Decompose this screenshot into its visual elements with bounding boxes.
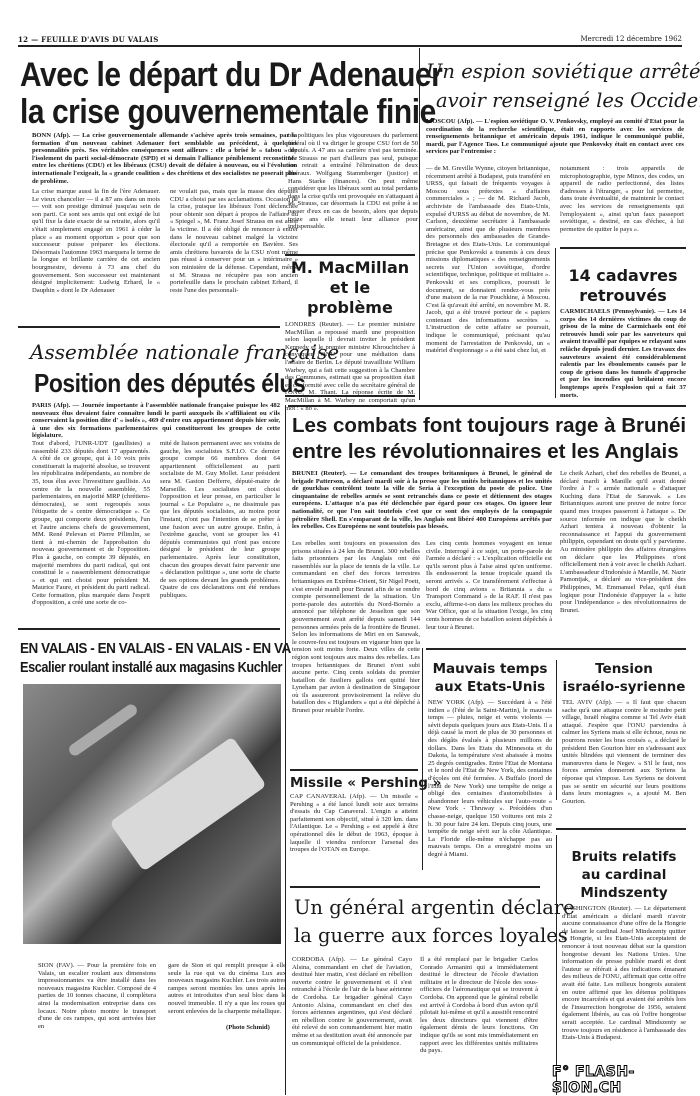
masthead-rule [18,45,682,47]
headline-macmillan: M. MacMillan et le problème [285,258,415,318]
column-brunei-1: Les rebelles sont toujours en possession… [292,540,420,726]
headline-cadavres-2: retrouvés [560,286,686,306]
watermark-flash-sion: F° FLASH-SION.CH [552,1064,700,1096]
article-cadavres: 14 cadavres retrouvés CARMICHAELS (Penns… [560,252,686,397]
article-tension: Tension israélo-syrienne TEL AVIV (Afp).… [562,660,686,830]
headline-mindszenty-1: Bruits relatifs [562,848,686,866]
column-adenauer-3: tés politiques les plus vigoureuses du p… [288,132,418,250]
rule-brunei [288,405,686,407]
article-valais: EN VALAIS - EN VALAIS - EN VALAIS - EN V… [18,630,284,1080]
masthead: 12 — FEUILLE D'AVIS DU VALAIS Mercredi 1… [18,32,682,46]
headline-macmillan-2: et le problème [285,278,415,318]
headline-tension: Tension israélo-syrienne [562,660,686,696]
rule-assemblee [18,326,280,328]
headline-adenauer-2: la crise gouvernementale finie [20,93,436,132]
column-adenauer-1: La crise marque aussi la fin de l'ère Ad… [32,188,160,316]
headline-mindszenty-2: au cardinal [562,866,686,884]
headline-brunei-1: Les combats font toujours rage à Brunéi [292,414,686,438]
lede-assemblee: PARIS (Afp). — Journée importante à l'as… [32,402,280,440]
rule-pershing [290,769,418,771]
column-divider-tension [556,660,557,800]
headline-macmillan-1: M. MacMillan [285,258,415,278]
headline-cadavres: 14 cadavres retrouvés [560,266,686,306]
column-espion-2: notamment : trois appareils de microphot… [560,165,684,237]
lede-brunei: BRUNEI (Reuter). — Le comandant des trou… [292,470,552,531]
headline-mindszenty: Bruits relatifs au cardinal Mindszenty [562,848,686,902]
column-valais-1: SION (FAV). — Pour la première fois en V… [38,962,156,1030]
kicker-assemblee: Assemblée nationale française [30,340,339,364]
headline-espion-1: Un espion soviétique arrêté pour [426,60,700,83]
body-cadavres: CARMICHAELS (Pennsylvanie). — Les 14 cor… [560,308,686,399]
column-valais-2: gare de Sion et qui remplit presque à el… [168,962,286,1015]
column-divider-mindszenty [556,835,557,1095]
headline-argentin-1: Un général argentin déclare [294,896,575,919]
headline-brunei-2: entre les révolutionnaires et les Anglai… [292,440,679,464]
headline-mauvais-temps-1: Mauvais temps [428,660,552,678]
headline-mindszenty-3: Mindszenty [562,884,686,902]
column-divider [419,48,420,400]
headline-assemblee: Position des députés élus [34,368,305,399]
column-argentin-2: Il a été remplacé par le brigadier Carlo… [420,956,538,1055]
rule-argentin [290,886,540,888]
column-assemblee-2: mité de liaison permanent avec ses voisi… [160,440,280,600]
headline-pershing: Missile « Pershing » [290,775,418,791]
article-adenauer: Avec le départ du Dr Adenauer la crise g… [18,48,418,258]
column-brunei-2: Les cinq cents hommes voyagent en tenue … [426,540,552,638]
headline-tension-1: Tension [562,660,686,678]
column-brunei-3: Le cheik Azhari, chef des rebelles de Br… [560,470,686,638]
body-pershing: CAP CANAVERAL (Afp). — Un missile « Pers… [290,793,418,854]
headline-mauvais-temps: Mauvais temps aux Etats-Unis [428,660,552,696]
column-assemblee-1: Tout d'abord, l'UNR-UDT (gaullistes) a r… [32,440,150,618]
column-divider-mauvais-temps [422,648,423,870]
column-divider-espion [555,248,556,398]
headline-argentin-2: la guerre aux forces loyales [294,924,568,947]
body-mindszenty: WASHINGTON (Reuter). — Le département d'… [562,905,686,1042]
banner-en-valais: EN VALAIS - EN VALAIS - EN VALAIS - EN V… [20,640,291,657]
headline-tension-2: israélo-syrienne [562,678,686,696]
masthead-date: Mercredi 12 décembre 1962 [581,35,682,43]
article-assemblee: Assemblée nationale française Position d… [18,330,280,620]
article-pershing: Missile « Pershing » CAP CANAVERAL (Afp)… [290,775,418,855]
rule-mindszenty [556,828,686,830]
headline-valais: Escalier roulant installé aux magasins K… [20,660,282,676]
lede-espion: MOSCOU (Afp). — L'espion soviétique O. V… [426,118,684,156]
rule-cadavres [560,247,686,249]
body-mauvais-temps: NEW YORK (Afp). — Succédant à « l'été in… [428,699,552,858]
masthead-title: 12 — FEUILLE D'AVIS DU VALAIS [18,35,159,44]
photo-credit: (Photo Schmid) [226,1024,270,1032]
photo-escalator-transport [23,684,281,944]
headline-cadavres-1: 14 cadavres [560,266,686,286]
lede-adenauer: BONN (Afp). — La crise gouvernementale a… [32,132,297,185]
column-adenauer-2: ne voulait pas, mais que la masse des dé… [170,188,298,316]
article-mauvais-temps: Mauvais temps aux Etats-Unis NEW YORK (A… [428,660,552,870]
article-mindszenty: Bruits relatifs au cardinal Mindszenty W… [562,848,686,1088]
rule-mauvais-temps [426,648,686,650]
headline-espion-2: avoir renseigné les Occidentaux [436,89,700,112]
article-argentin: Un général argentin déclare la guerre au… [292,890,542,1090]
headline-adenauer-1: Avec le départ du Dr Adenauer [20,56,442,95]
column-espion-1: — de M. Greville Wynne, citoyen britanni… [426,165,550,393]
column-argentin-1: CORDOBA (Afp). — Le général Cayo Alsina,… [292,956,412,1047]
headline-mauvais-temps-2: aux Etats-Unis [428,678,552,696]
body-tension: TEL AVIV (Afp). — « Il faut que chacun s… [562,699,686,805]
article-brunei: Les combats font toujours rage à Brunéi … [290,408,686,638]
